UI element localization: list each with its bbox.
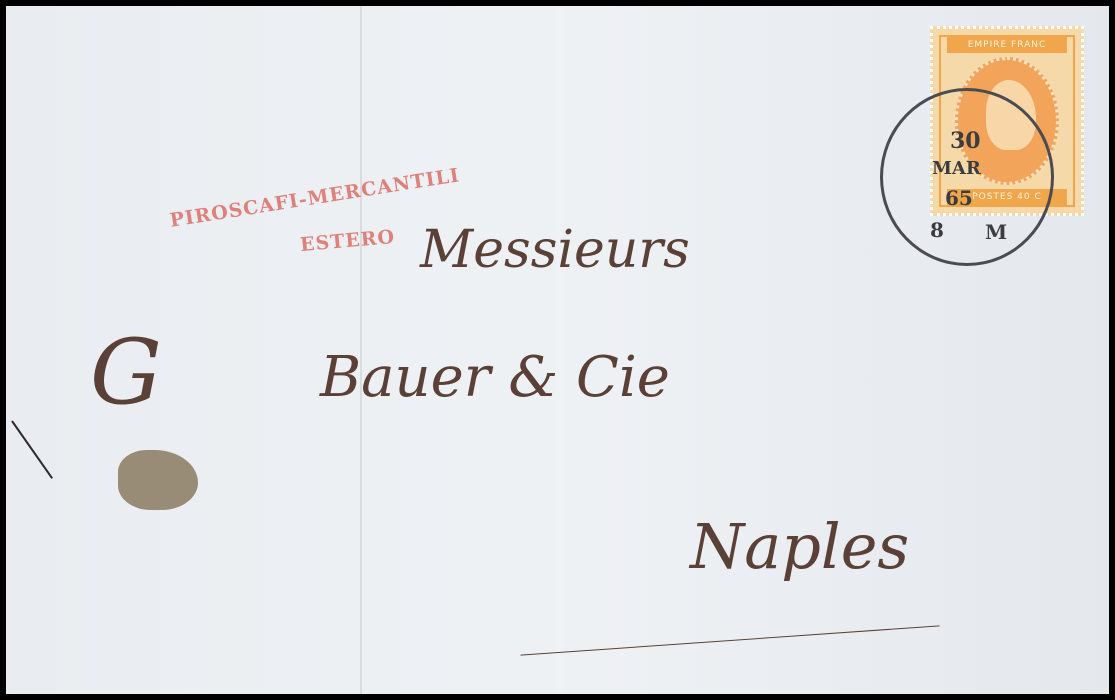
- postmark-year: 65: [945, 186, 973, 210]
- city: Naples: [690, 510, 909, 583]
- postmark-day: 30: [950, 128, 981, 154]
- postmark-hour: 8: [930, 218, 944, 242]
- salutation: Messieurs: [420, 220, 690, 280]
- initial: G: [90, 320, 162, 425]
- stamp-top-text: EMPIRE FRANC: [947, 37, 1067, 53]
- addressee-name: Bauer & Cie: [320, 345, 670, 410]
- postmark-suffix: M: [985, 220, 1007, 244]
- postmark-month: MAR: [932, 158, 981, 179]
